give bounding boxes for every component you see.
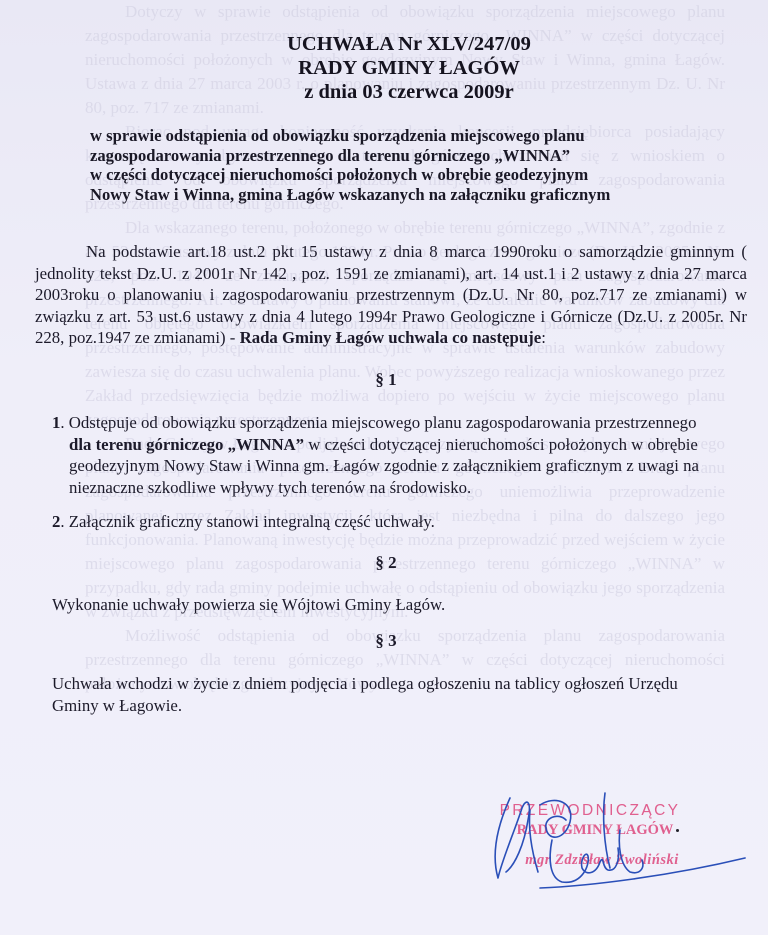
section-2-text: Wykonanie uchwały powierza się Wójtowi G… [52, 594, 752, 616]
point-text: . Odstępuje od obowiązku sporządzenia mi… [60, 413, 696, 432]
stamp-dot [676, 829, 679, 832]
subject-line: Nowy Staw i Winna, gmina Łagów wskazanyc… [90, 185, 610, 205]
point-text: . Załącznik graficzny stanowi integralną… [60, 512, 434, 531]
point-text: nieznaczne szkodliwe wpływy tych terenów… [52, 477, 752, 499]
enactment-clause: Rada Gminy Łagów uchwala co następuje [240, 328, 542, 347]
subject-line: zagospodarowania przestrzennego dla tere… [90, 146, 610, 166]
section-2-heading: § 2 [2, 553, 768, 573]
colon: : [541, 328, 546, 347]
resolution-subject: w sprawie odstąpienia od obowiązku sporz… [90, 126, 610, 204]
resolution-title: UCHWAŁA Nr XLV/247/09 RADY GMINY ŁAGÓW z… [0, 32, 768, 104]
council-name: RADY GMINY ŁAGÓW [50, 56, 768, 80]
section-3-text: Uchwała wchodzi w życie z dniem podjęcia… [52, 673, 752, 716]
section-3-heading: § 3 [2, 631, 768, 651]
point-text: geodezyjnym Nowy Staw i Winna gm. Łagów … [52, 455, 752, 477]
section-1-heading: § 1 [2, 370, 768, 390]
section-3-line: Gminy w Łagowie. [52, 695, 752, 717]
resolution-number: UCHWAŁA Nr XLV/247/09 [50, 32, 768, 56]
section-3-line: Uchwała wchodzi w życie z dniem podjęcia… [52, 673, 752, 695]
stamp-title: PRZEWODNICZĄCY [470, 802, 710, 820]
point-text: w części dotyczącej nieruchomości położo… [304, 435, 698, 454]
section-1-point-2: 2. Załącznik graficzny stanowi integraln… [52, 511, 752, 533]
stamp-name: mgr Zdzisław Zwoliński [494, 850, 710, 870]
chairman-stamp: PRZEWODNICZĄCY RADY GMINY ŁAGÓW mgr Zdzi… [470, 802, 710, 870]
section-1-point-1: 1. Odstępuje od obowiązku sporządzenia m… [52, 412, 752, 498]
resolution-date: z dnia 03 czerwca 2009r [50, 80, 768, 104]
point-bold-text: dla terenu górniczego „WINNA” [69, 435, 304, 454]
legal-basis-paragraph: Na podstawie art.18 ust.2 pkt 15 ustawy … [35, 241, 747, 349]
document-page: Dotyczy w sprawie odstąpienia od obowiąz… [0, 0, 768, 935]
subject-line: w sprawie odstąpienia od obowiązku sporz… [90, 126, 610, 146]
subject-line: w części dotyczącej nieruchomości położo… [90, 165, 610, 185]
